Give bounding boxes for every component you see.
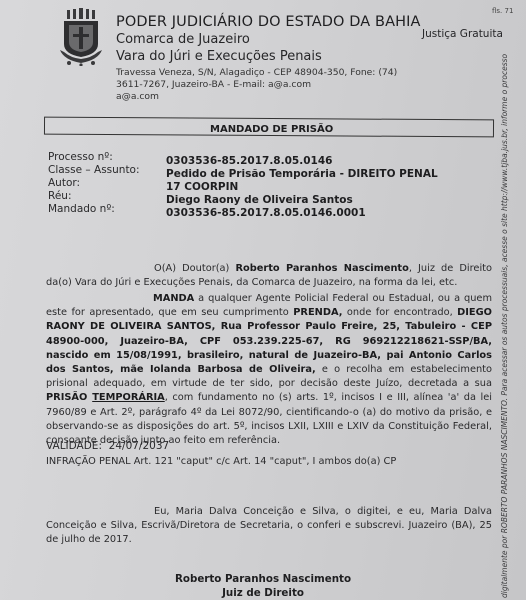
vara: Vara do Júri e Execuções Penais xyxy=(116,49,322,64)
manda-word: MANDA xyxy=(153,293,194,304)
page-number: fls. 71 xyxy=(492,7,513,15)
field-value-processo: 0303536-85.2017.8.05.0146 xyxy=(166,155,332,167)
document-title: MANDADO DE PRISÃO xyxy=(210,124,333,135)
document-page: fls. 71 PODER JUDICIÁRIO DO ESTADO DA BA… xyxy=(0,0,526,600)
signature-name: Roberto Paranhos Nascimento xyxy=(0,573,526,585)
field-label-processo: Processo nº: xyxy=(48,151,113,163)
field-label-reu: Réu: xyxy=(48,190,71,202)
prisao-word: PRISÃO xyxy=(46,392,92,403)
field-label-mandado: Mandado nº: xyxy=(48,203,115,215)
comarca: Comarca de Juazeiro xyxy=(116,32,250,47)
order-text-2: onde for encontrado, xyxy=(342,307,457,318)
field-value-autor: 17 COORPIN xyxy=(166,181,238,193)
validade-label: VALIDADE: xyxy=(46,440,102,452)
temporaria-word: TEMPORÁRIA xyxy=(92,392,165,403)
validade-value: 24/07/2037 xyxy=(109,440,170,452)
field-label-classe: Classe – Assunto: xyxy=(48,164,140,176)
closing-text: Eu, Maria Dalva Conceição e Silva, o dig… xyxy=(46,506,492,545)
field-value-reu: Diego Raony de Oliveira Santos xyxy=(166,194,353,206)
order-paragraph: MANDA a qualquer Agente Policial Federal… xyxy=(46,292,492,448)
bahia-coat-of-arms-icon xyxy=(58,8,104,66)
digital-signature-note: o digitalmente por ROBERTO PARANHOS NASC… xyxy=(500,54,509,600)
judge-name: Roberto Paranhos Nascimento xyxy=(235,263,408,274)
intro-paragraph: O(A) Doutor(a) Roberto Paranhos Nascimen… xyxy=(46,262,492,290)
address-line-1: Travessa Veneza, S/N, Alagadiço - CEP 48… xyxy=(116,67,397,80)
intro-prefix: O(A) Doutor(a) xyxy=(154,263,235,274)
signature-role: Juiz de Direito xyxy=(0,587,526,599)
infracao-penal: INFRAÇÃO PENAL Art. 121 "caput" c/c Art.… xyxy=(46,456,396,467)
field-value-mandado: 0303536-85.2017.8.05.0146.0001 xyxy=(166,207,366,219)
field-label-autor: Autor: xyxy=(48,177,80,189)
closing-paragraph: Eu, Maria Dalva Conceição e Silva, o dig… xyxy=(46,505,492,548)
prenda-word: PRENDA, xyxy=(293,307,342,318)
address-line-2: 3611-7267, Juazeiro-BA - E-mail: a@a.com xyxy=(116,79,311,92)
address-line-3: a@a.com xyxy=(116,91,159,104)
validade: VALIDADE: 24/07/2037 xyxy=(46,440,169,452)
justica-gratuita-label: Justiça Gratuita xyxy=(422,28,503,40)
field-value-classe: Pedido de Prisão Temporária - DIREITO PE… xyxy=(166,168,438,180)
court-title: PODER JUDICIÁRIO DO ESTADO DA BAHIA xyxy=(116,14,421,30)
